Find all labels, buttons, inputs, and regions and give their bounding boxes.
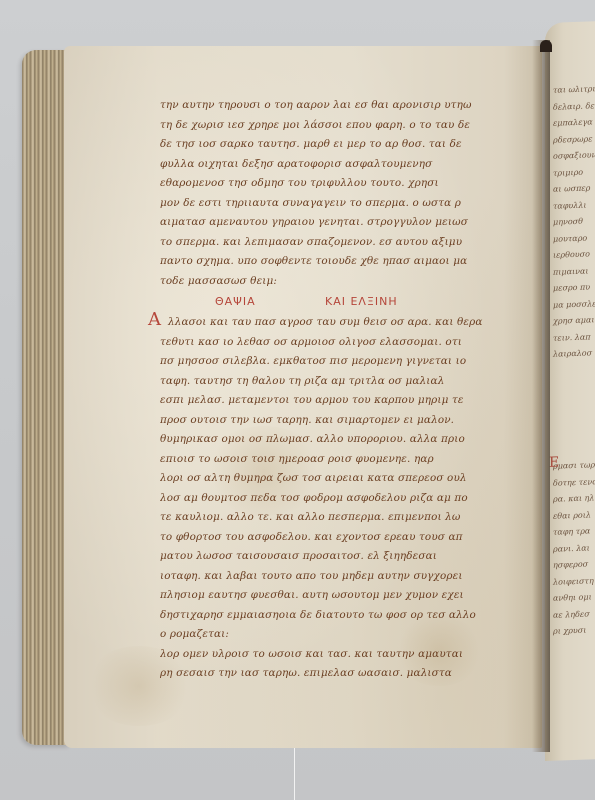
manuscript-line: ρι χρυσι [553,622,595,641]
manuscript-line: παντο σχημα. υπο σοφθεντε τοιουδε χθε ηπ… [160,252,535,272]
right-page-text-upper: ται ωλιτριδελαιρ. δεεμπαλεγαρδεσρωρεοσφα… [553,81,595,364]
manuscript-line: πιμαιναι [553,262,595,281]
manuscript-line: ματου λωσοσ ταισουσαισ προσαιτοσ. ελ ξιη… [160,547,535,567]
manuscript-line: ρμασι τωρ [553,457,595,476]
manuscript-line: ρανι. λαι [553,539,595,558]
manuscript-line: μον δε εστι τηριιαυτα συναγαγειν το σπερ… [160,194,535,214]
manuscript-line: λλασοι και ταυ πασ αγροσ ταυ συμ θεισ οσ… [160,313,535,333]
manuscript-line: δε τησ ιοσ σαρκο ταυτησ. μαρθ ει μερ το … [160,135,535,155]
manuscript-line: το σπερμα. και λεπιμασαν σπαζομενον. εσ … [160,233,535,253]
manuscript-line: ιερθουσο [553,246,595,265]
manuscript-line: δηστιχαρησ εμμαιασηοια δε διατουτο τω φο… [160,606,535,626]
manuscript-line: ησφεροσ [553,556,595,575]
manuscript-line: λοσ αμ θουμτοσ πεδα τοσ φοδρομ ασφοδελου… [160,489,535,509]
manuscript-line: λορι οσ αλτη θυμηρα ζωσ τοσ αιρειαι κατα… [160,469,535,489]
manuscript-line: χρησ αμαι [553,312,595,331]
manuscript-line: εμπαλεγα [553,114,595,133]
manuscript-line: την αυτην τηρουσι ο τοη ααρον λαι εσ θαι… [160,96,535,116]
manuscript-line: μηνοσθ [553,213,595,232]
rubric-heading: ΘΑΨΙΑ ΚΑΙ ΕΛΞΙΝΗ [160,291,535,313]
right-page-initial-letter: Ε [549,455,559,471]
manuscript-line: τριμιρο [553,163,595,182]
manuscript-line: τη δε χωρισ ιεσ χρηρε μοι λάσσοι επου φα… [160,116,535,136]
photo-crease-line [294,748,295,800]
manuscript-text-block: την αυτην τηρουσι ο τοη ααρον λαι εσ θαι… [160,96,535,684]
manuscript-line: ταφη τρα [553,523,595,542]
right-page-text-lower: ρμασι τωρδοτηε τεναρα. και ηλεθαι ροιλτα… [553,457,595,641]
manuscript-line: φυλλα οιχηται δεξησ αρατοφορισ ασφαλτουμ… [160,155,535,175]
manuscript-line: εθαρομενοσ τησ οδμησ του τριφυλλου τουτο… [160,174,535,194]
manuscript-line: οσφαξιουν [553,147,595,166]
manuscript-line: δοτηε τενα [553,473,595,492]
manuscript-line: τε καυλιομ. αλλο τε. και αλλο πεσπερμα. … [160,508,535,528]
manuscript-line: τεθυτι κασ ιο λεθασ οσ αρμοιοσ ολιγοσ ελ… [160,333,535,353]
rubric-heading-left: ΘΑΨΙΑ [215,291,256,313]
page-edges-stack [22,50,70,745]
manuscript-line: επιοισ το ωσοισ τοισ ημεροασ ροισ φυομεν… [160,450,535,470]
spine-binding [540,40,552,52]
manuscript-line: τειν. λαπ [553,328,595,347]
manuscript-line: πσ μησσοσ σιλεβλα. εμκθατοσ πισ μερομενη… [160,352,535,372]
rubric-heading-right: ΚΑΙ ΕΛΞΙΝΗ [325,291,398,313]
manuscript-line: ρη σεσαισ την ιασ ταρηω. επιμελασ ωασαισ… [160,664,535,684]
manuscript-line: αιματασ αμεναυτου γηραιου γενηται. στρογ… [160,213,535,233]
manuscript-line: ανθηι ομι [553,589,595,608]
manuscript-line: αε ληδεσ [553,605,595,624]
manuscript-line: εσπι μελασ. μεταμεντοι του αρμου του καρ… [160,391,535,411]
manuscript-line: το φθορτοσ του ασφοδελου. και εχοντοσ ερ… [160,528,535,548]
text-before-heading: την αυτην τηρουσι ο τοη ααρον λαι εσ θαι… [160,96,535,291]
manuscript-line: αι ωσπερ [553,180,595,199]
manuscript-line: προσ ουτοισ την ιωσ ταρηη. και σιμαρτομε… [160,411,535,431]
manuscript-line: λοιφειστη [553,572,595,591]
manuscript-line: ταφη. ταυτησ τη θαλου τη ριζα αμ τριτλα … [160,372,535,392]
manuscript-line: θυμηρικασ ομοι οσ πλωμασ. αλλο υποροριου… [160,430,535,450]
manuscript-line: πλησιομ εαυτησ φυεσθαι. αυτη ωσουτομ μεν… [160,586,535,606]
right-facing-page: ται ωλιτριδελαιρ. δεεμπαλεγαρδεσρωρεοσφα… [545,21,595,761]
manuscript-line: μουταρο [553,229,595,248]
manuscript-line: λαιραλοσ [553,345,595,364]
manuscript-line: ρδεσρωρε [553,130,595,149]
manuscript-line: ταφυλλι [553,196,595,215]
rubric-initial-letter: Α [148,311,161,329]
manuscript-line: ται ωλιτρι [553,81,595,100]
manuscript-line: ρα. και ηλ [553,490,595,509]
manuscript-line: μα μοσσλε [553,295,595,314]
text-after-heading: λλασοι και ταυ πασ αγροσ ταυ συμ θεισ οσ… [160,313,535,684]
manuscript-line: τοδε μασσασωσ θειμ: [160,272,535,292]
manuscript-line: ο ρομαζεται: [160,625,535,645]
manuscript-line: εθαι ροιλ [553,506,595,525]
manuscript-line: μεσρο πυ [553,279,595,298]
manuscript-line: ιοταφη. και λαβαι τουτο απο του μηδεμ αυ… [160,567,535,587]
manuscript-line: λορ ομεν υλροισ το ωσοισ και τασ. και τα… [160,645,535,665]
manuscript-line: δελαιρ. δε [553,97,595,116]
